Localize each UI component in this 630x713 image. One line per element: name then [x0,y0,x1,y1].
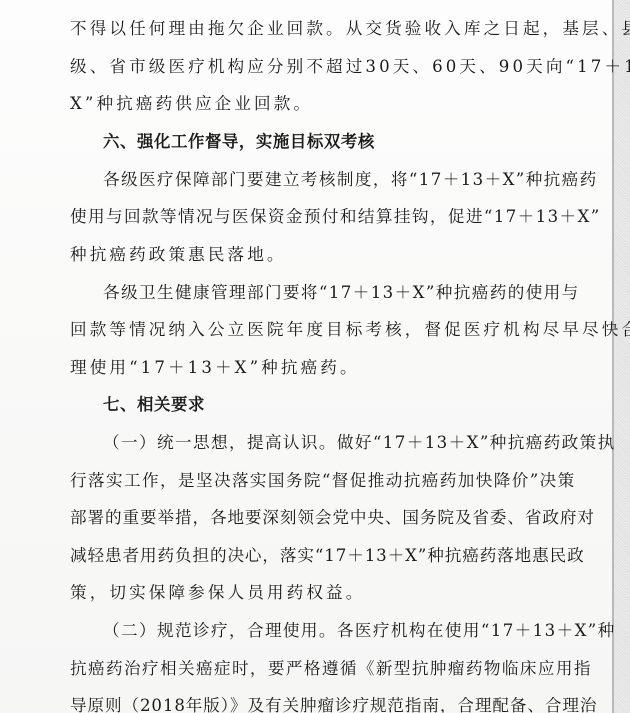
paragraph-line: 导原则（2018年版）》及有关肿瘤诊疗规范指南，合理配备、合理治 [70,691,597,713]
paragraph-line: 使用与回款等情况与医保资金预付和结算挂钩，促进“17＋13＋X” [70,202,601,232]
section-heading-seven: 七、相关要求 [103,390,205,420]
section-heading-six: 六、强化工作督导，实施目标双考核 [103,127,375,157]
page-margin-strip [614,0,630,713]
paragraph-line: 理使用“17＋13＋X”种抗癌药。 [70,353,360,383]
paragraph-line: 种抗癌药政策惠民落地。 [70,240,287,270]
paragraph-line: 策，切实保障参保人员用药权益。 [70,578,365,608]
paragraph-line: （一）统一思想，提高认识。做好“17＋13＋X”种抗癌药政策执 [103,428,616,458]
paragraph-line: 减轻患者用药负担的决心，落实“17＋13＋X”种抗癌药落地惠民政 [70,541,585,571]
paragraph-line: 级、省市级医疗机构应分别不超过30天、60天、90天向“17＋13＋ [70,52,630,82]
paragraph-line: （二）规范诊疗，合理使用。各医疗机构在使用“17＋13＋X”种 [103,616,616,646]
paragraph-line: X”种抗癌药供应企业回款。 [70,89,313,119]
paragraph-line: 回款等情况纳入公立医院年度目标考核，督促医疗机构尽早尽快合 [70,315,630,345]
paragraph-line: 不得以任何理由拖欠企业回款。从交货验收入库之日起，基层、县 [70,14,630,44]
paragraph-line: 各级卫生健康管理部门要将“17＋13＋X”种抗癌药的使用与 [103,278,580,308]
paragraph-line: 抗癌药治疗相关癌症时，要严格遵循《新型抗肿瘤药物临床应用指 [70,654,592,684]
paragraph-line: 行落实工作，是坚决落实国务院“督促推动抗癌药加快降价”决策 [70,466,576,496]
paragraph-line: 各级医疗保障部门要建立考核制度，将“17＋13＋X”种抗癌药 [103,165,598,195]
paragraph-line: 部署的重要举措，各地要深刻领会党中央、国务院及省委、省政府对 [70,503,595,533]
